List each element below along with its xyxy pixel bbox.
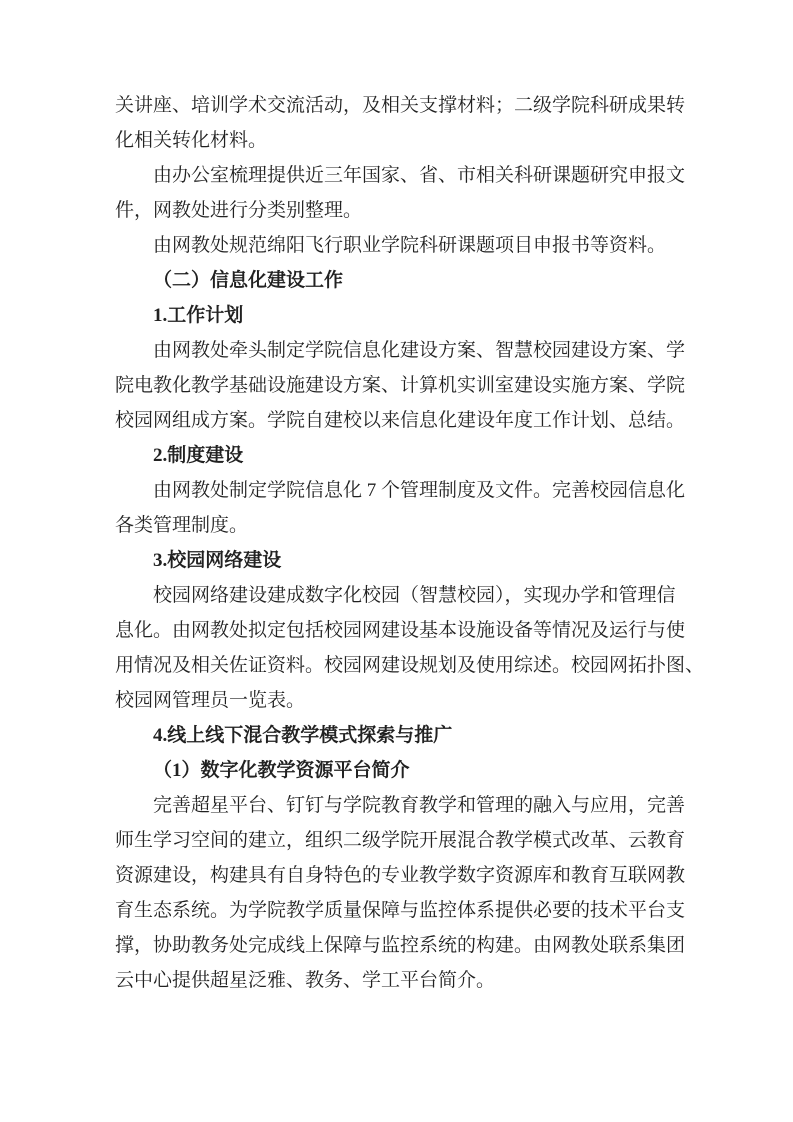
text-line: 校园网组成方案。学院自建校以来信息化建设年度工作计划、总结。 — [115, 403, 675, 438]
text-line: 关讲座、培训学术交流活动，及相关支撑材料；二级学院科研成果转 — [115, 88, 675, 123]
text-line: 息化。由网教处拟定包括校园网建设基本设施设备等情况及运行与使 — [115, 613, 675, 648]
text-line: 校园网络建设建成数字化校园（智慧校园），实现办学和管理信 — [115, 578, 675, 613]
subsection-heading: 2.制度建设 — [115, 438, 675, 473]
text-line: 撑，协助教务处完成线上保障与监控系统的构建。由网教处联系集团 — [115, 928, 675, 963]
text-line: 化相关转化材料。 — [115, 123, 675, 158]
text-line: 件，网教处进行分类别整理。 — [115, 193, 675, 228]
document-page: 关讲座、培训学术交流活动，及相关支撑材料；二级学院科研成果转 化相关转化材料。 … — [0, 0, 793, 1122]
text-line: 资源建设，构建具有自身特色的专业教学数字资源库和教育互联网教 — [115, 858, 675, 893]
text-line: 由网教处牵头制定学院信息化建设方案、智慧校园建设方案、学 — [115, 333, 675, 368]
subsection-heading: 1.工作计划 — [115, 298, 675, 333]
text-line: 云中心提供超星泛雅、教务、学工平台简介。 — [115, 963, 675, 998]
text-line: 完善超星平台、钉钉与学院教育教学和管理的融入与应用，完善 — [115, 788, 675, 823]
text-line: 由网教处制定学院信息化 7 个管理制度及文件。完善校园信息化 — [115, 473, 675, 508]
text-line: 由办公室梳理提供近三年国家、省、市相关科研课题研究申报文 — [115, 158, 675, 193]
subsubsection-heading: （1）数字化教学资源平台简介 — [115, 753, 675, 788]
text-line: 各类管理制度。 — [115, 508, 675, 543]
subsection-heading: 3.校园网络建设 — [115, 543, 675, 578]
text-line: 育生态系统。为学院教学质量保障与监控体系提供必要的技术平台支 — [115, 893, 675, 928]
text-line: 师生学习空间的建立，组织二级学院开展混合教学模式改革、云教育 — [115, 823, 675, 858]
subsection-heading: 4.线上线下混合教学模式探索与推广 — [115, 718, 675, 753]
document-body: 关讲座、培训学术交流活动，及相关支撑材料；二级学院科研成果转 化相关转化材料。 … — [115, 88, 675, 998]
text-line: 由网教处规范绵阳飞行职业学院科研课题项目申报书等资料。 — [115, 228, 675, 263]
text-line: 院电教化教学基础设施建设方案、计算机实训室建设实施方案、学院 — [115, 368, 675, 403]
section-heading: （二）信息化建设工作 — [115, 263, 675, 298]
text-line: 用情况及相关佐证资料。校园网建设规划及使用综述。校园网拓扑图、 — [115, 648, 675, 683]
text-line: 校园网管理员一览表。 — [115, 683, 675, 718]
